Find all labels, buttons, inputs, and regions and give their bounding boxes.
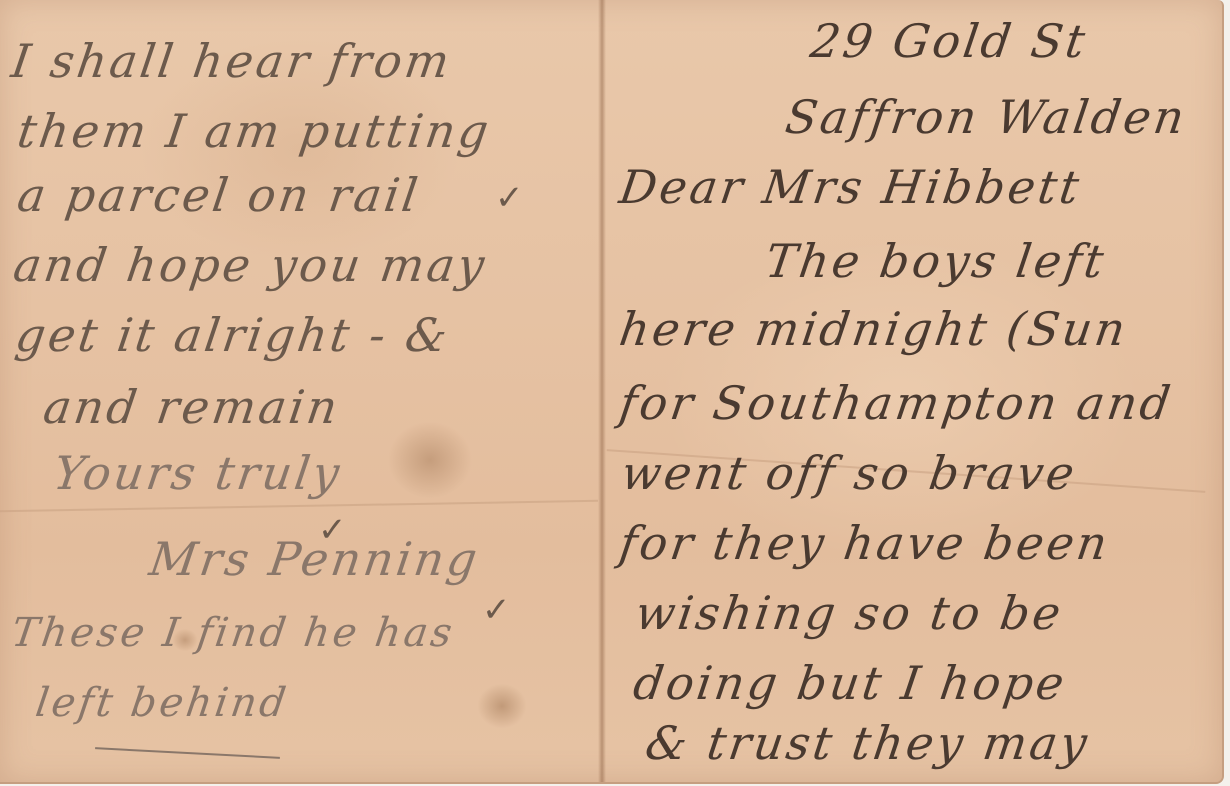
letter-line: I shall hear from	[8, 34, 455, 88]
underline-stroke	[95, 747, 280, 759]
letter-line: & trust they may	[642, 716, 1093, 770]
letter-line: for Southampton and	[616, 376, 1176, 430]
letter-line: for they have been	[616, 516, 1113, 570]
letter-line: a parcel on rail	[14, 168, 424, 222]
address-line: Saffron Walden	[782, 90, 1190, 144]
insertion-mark-icon: ✓	[482, 590, 511, 630]
letter-line: and remain	[40, 380, 343, 434]
letter-line: wishing so to be	[632, 586, 1067, 640]
letter-line: here midnight (Sun	[616, 302, 1131, 356]
address-line: 29 Gold St	[807, 14, 1091, 68]
signature: Mrs Penning	[146, 532, 483, 586]
left-page: I shall hear from them I am putting a pa…	[0, 0, 598, 782]
insertion-mark-icon: ✓	[495, 178, 524, 218]
postscript-line: left behind	[33, 680, 292, 726]
letter-line: and hope you may	[10, 238, 490, 292]
letter-line: went off so brave	[618, 446, 1080, 500]
letter-line: doing but I hope	[630, 656, 1070, 710]
right-page: 29 Gold St Saffron Walden Dear Mrs Hibbe…	[606, 0, 1222, 782]
letter-line: The boys left	[762, 234, 1110, 288]
letter-paper: I shall hear from them I am putting a pa…	[0, 0, 1224, 784]
postscript-line: These I find he has	[9, 610, 458, 656]
center-fold	[598, 0, 606, 782]
letter-line: get it alright - &	[12, 308, 453, 362]
letter-line: them I am putting	[14, 104, 494, 158]
letter-closing: Yours truly	[50, 446, 345, 500]
salutation: Dear Mrs Hibbett	[616, 160, 1085, 214]
